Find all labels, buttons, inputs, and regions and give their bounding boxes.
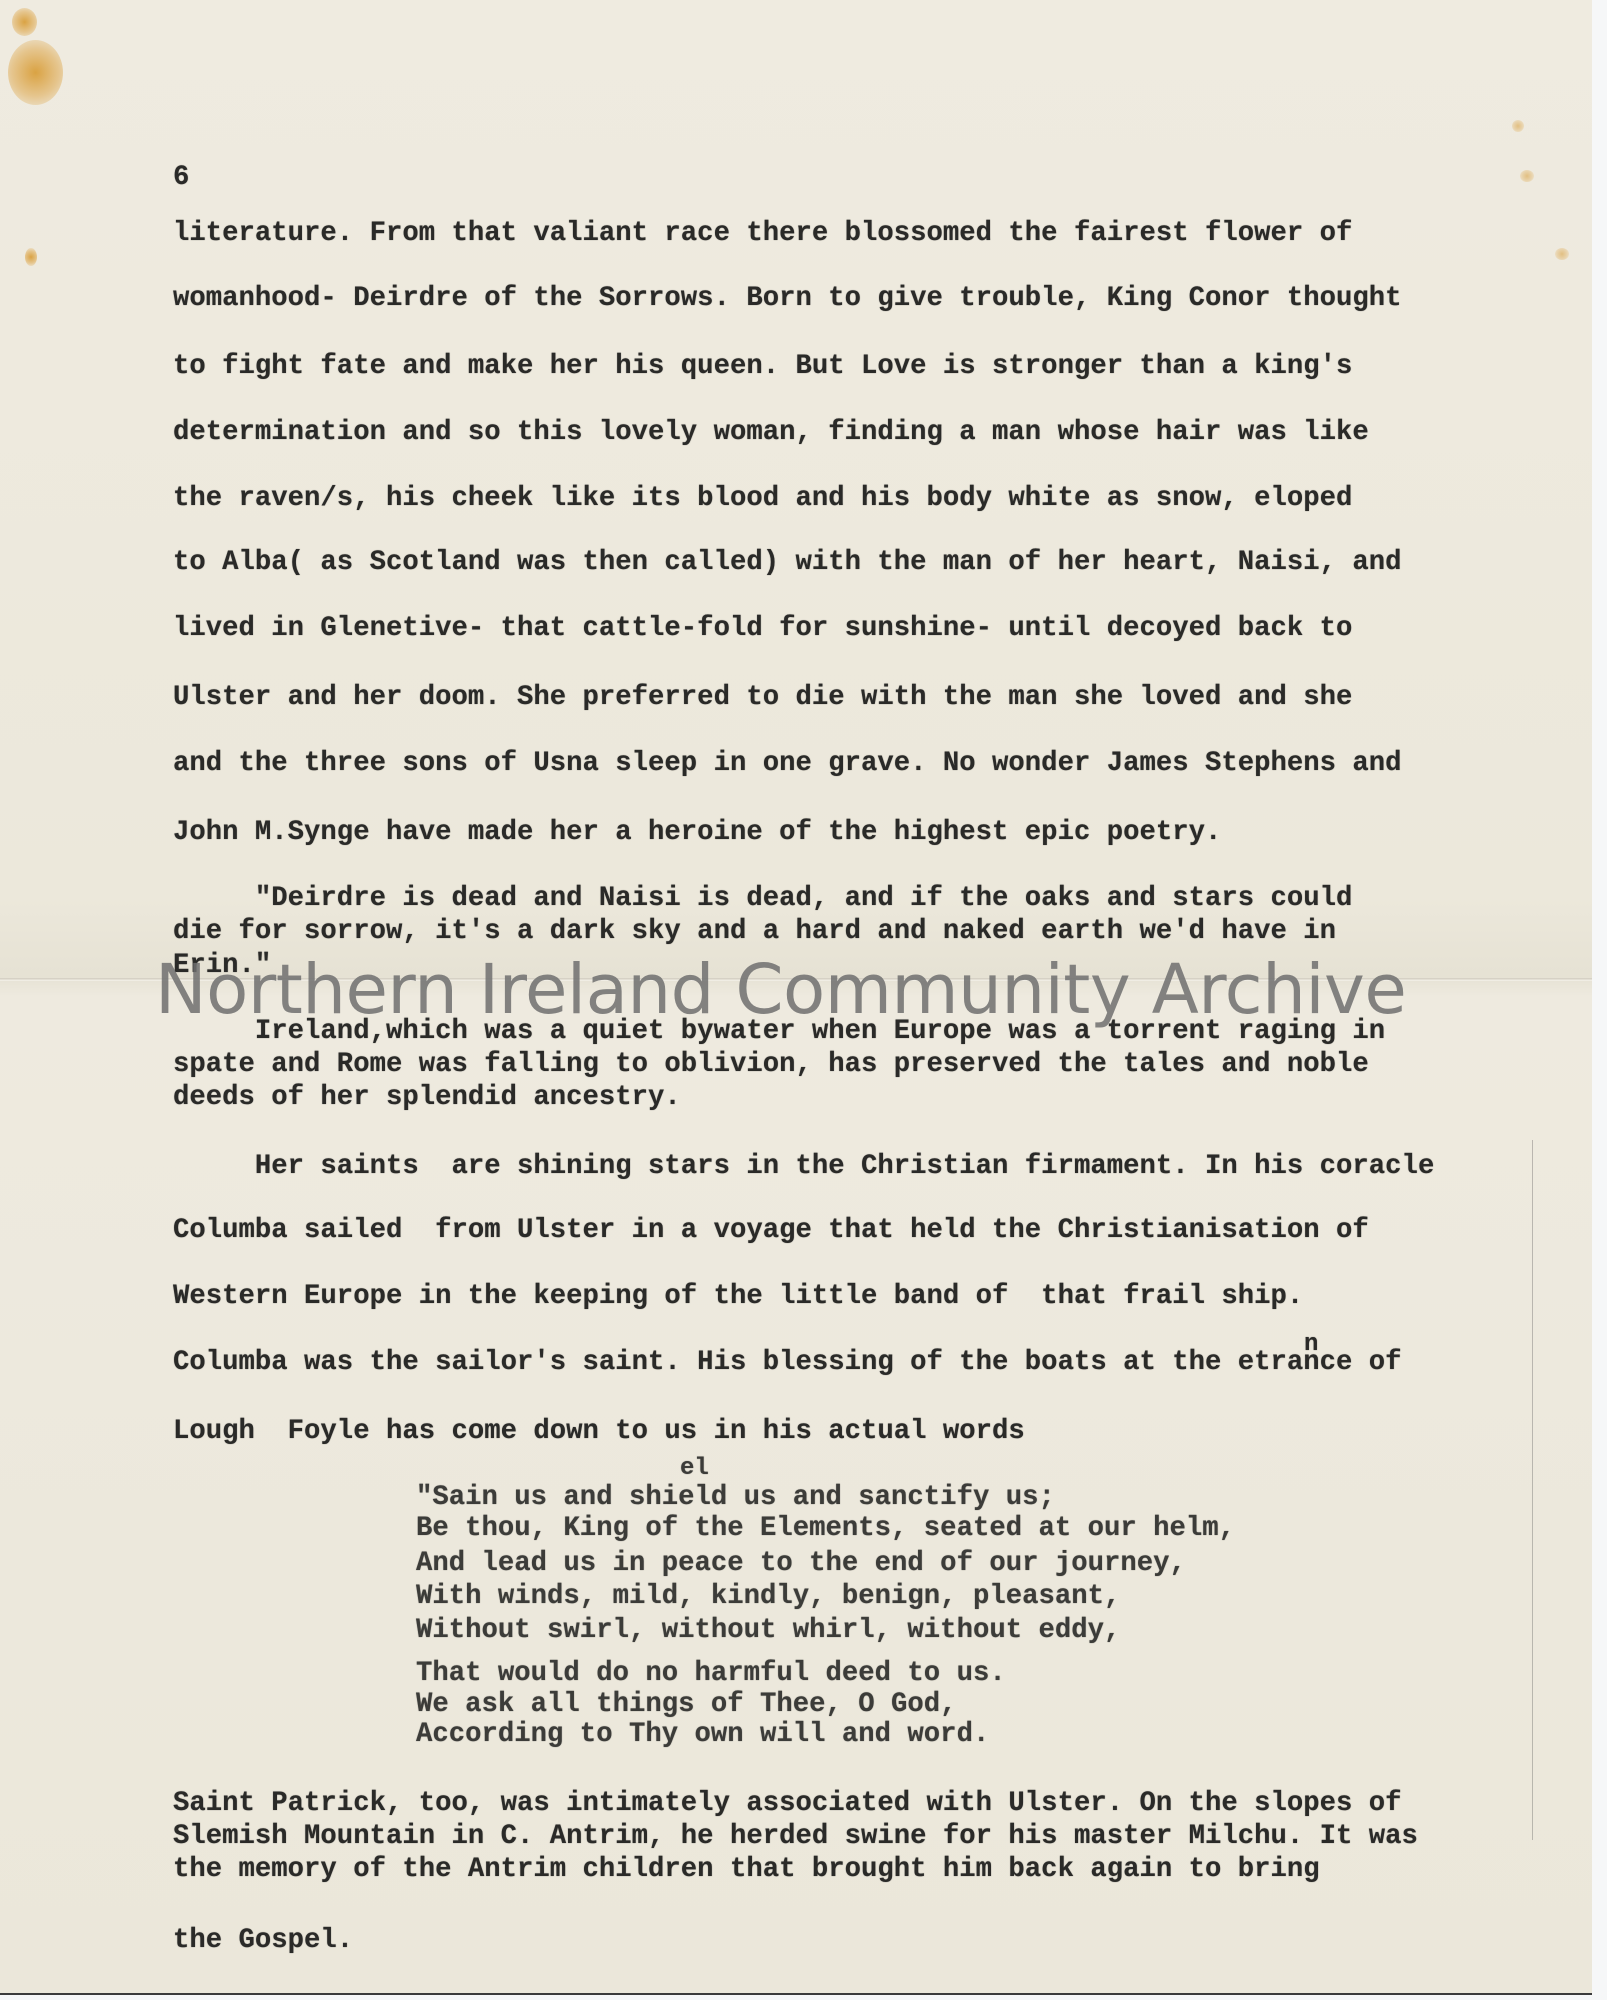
- poem-line: And lead us in peace to the end of our j…: [416, 1549, 1186, 1579]
- text-line: the memory of the Antrim children that b…: [173, 1855, 1320, 1885]
- text-line: to fight fate and make her his queen. Bu…: [173, 352, 1352, 382]
- text-line: spate and Rome was falling to oblivion, …: [173, 1050, 1369, 1080]
- text-line: and the three sons of Usna sleep in one …: [173, 749, 1402, 779]
- rust-stain: [1512, 120, 1524, 132]
- text-line: Western Europe in the keeping of the lit…: [173, 1282, 1303, 1312]
- text-line: deeds of her splendid ancestry.: [173, 1083, 681, 1113]
- margin-rule-line: [1532, 1140, 1533, 1840]
- rust-stain: [25, 248, 37, 266]
- quote-line: die for sorrow, it's a dark sky and a ha…: [173, 917, 1336, 947]
- poem-line: That would do no harmful deed to us.: [416, 1659, 1006, 1689]
- poem-line: According to Thy own will and word.: [416, 1720, 989, 1750]
- text-line: Lough Foyle has come down to us in his a…: [173, 1417, 1025, 1447]
- text-line: Saint Patrick, too, was intimately assoc…: [173, 1789, 1402, 1819]
- rust-stain: [1520, 170, 1534, 182]
- poem-line: Without swirl, without whirl, without ed…: [416, 1616, 1120, 1646]
- text-line: lived in Glenetive- that cattle-fold for…: [173, 614, 1352, 644]
- text-line: the raven/s, his cheek like its blood an…: [173, 484, 1352, 514]
- page-number: 6: [173, 163, 189, 193]
- text-line: determination and so this lovely woman, …: [173, 418, 1369, 448]
- text-line: Columba was the sailor's saint. His bles…: [173, 1348, 1402, 1378]
- typed-insertion: el: [680, 1454, 709, 1484]
- text-line: the Gospel.: [173, 1926, 353, 1956]
- text-line: literature. From that valiant race there…: [173, 219, 1352, 249]
- text-line: to Alba( as Scotland was then called) wi…: [173, 548, 1402, 578]
- poem-line: Be thou, King of the Elements, seated at…: [416, 1514, 1235, 1544]
- rust-stain: [12, 8, 37, 36]
- text-line: Ulster and her doom. She preferred to di…: [173, 683, 1352, 713]
- poem-line: With winds, mild, kindly, benign, pleasa…: [416, 1582, 1120, 1612]
- poem-line: "Sain us and shield us and sanctify us;: [416, 1483, 1055, 1513]
- quote-line: "Deirdre is dead and Naisi is dead, and …: [173, 884, 1352, 914]
- archive-watermark: Northern Ireland Community Archive: [155, 950, 1455, 1030]
- text-line: Columba sailed from Ulster in a voyage t…: [173, 1216, 1369, 1246]
- text-line: John M.Synge have made her a heroine of …: [173, 818, 1221, 848]
- text-line: Her saints are shining stars in the Chri…: [173, 1152, 1434, 1182]
- text-line: Slemish Mountain in C. Antrim, he herded…: [173, 1822, 1418, 1852]
- poem-line: We ask all things of Thee, O God,: [416, 1690, 957, 1720]
- rust-stain: [1555, 248, 1569, 260]
- rust-stain: [8, 40, 63, 105]
- text-line: womanhood- Deirdre of the Sorrows. Born …: [173, 284, 1402, 314]
